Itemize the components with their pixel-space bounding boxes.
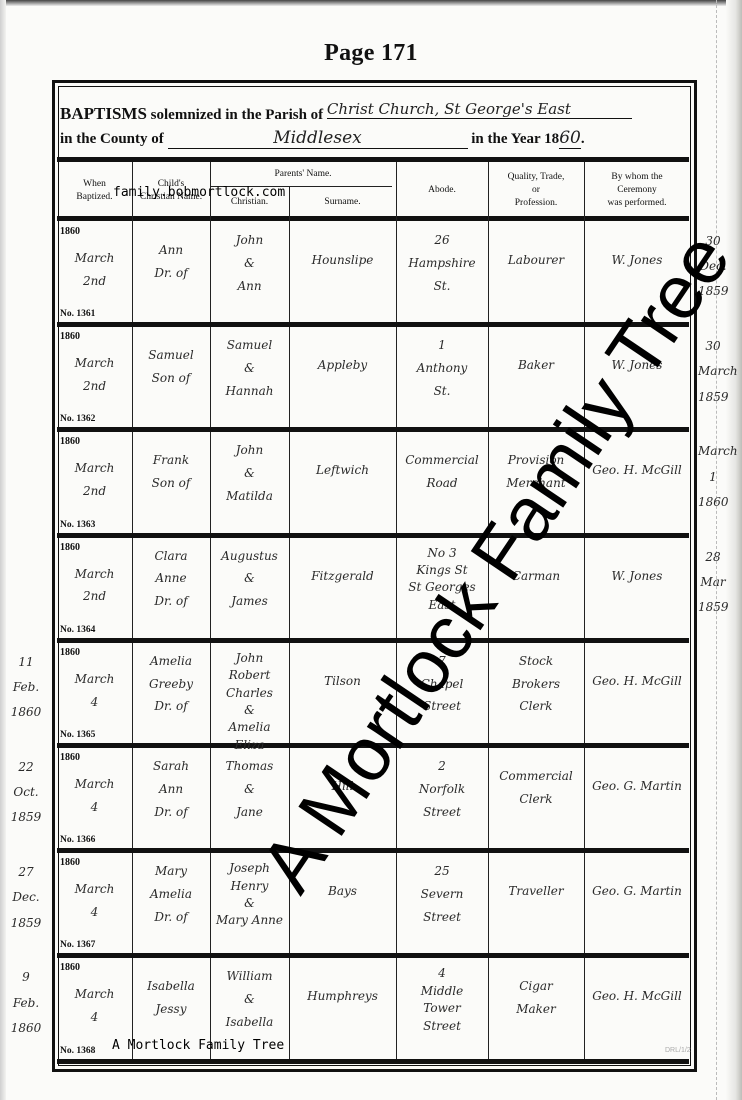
entry-number: No. 1366 <box>60 835 95 845</box>
entry-number: No. 1362 <box>60 414 95 424</box>
county-line: in the County of Middlesex in the Year 1… <box>60 128 585 149</box>
parish-value: Christ Church, St George's East <box>327 100 632 119</box>
county-label: in the County of <box>60 131 164 147</box>
entry-child: Mary Amelia Dr. of <box>134 860 208 928</box>
birth-date-note: 22 Oct. 1859 <box>6 755 46 831</box>
entry-year: 1860 <box>60 542 80 553</box>
county-value: Middlesex <box>168 128 468 149</box>
column-divider <box>396 162 397 1063</box>
birth-date-note: 28 Mar 1859 <box>698 545 728 621</box>
entry-parents-christian: John & Ann <box>212 229 287 297</box>
birth-date-note: March 1 1860 <box>698 439 728 515</box>
entry-year: 1860 <box>60 436 80 447</box>
entry-number: No. 1361 <box>60 309 95 319</box>
year-label: in the Year 18 <box>471 131 559 147</box>
watermark-footer: A Mortlock Family Tree <box>112 1038 284 1053</box>
column-divider <box>584 162 585 1063</box>
col-parents-surname: Surname. <box>289 188 396 216</box>
birth-date-note: 30 March 1859 <box>698 334 728 410</box>
archive-stamp: DRL/1/2 <box>665 1047 691 1054</box>
entry-surname: Humphreys <box>291 985 394 1008</box>
entry-number: No. 1365 <box>60 730 95 740</box>
entry-child: Samuel Son of <box>134 344 208 390</box>
entry-when: March 4 <box>59 773 130 819</box>
entry-parents-christian: William & Isabella <box>212 965 287 1033</box>
entry-year: 1860 <box>60 647 80 658</box>
entry-when: March 4 <box>59 878 130 924</box>
entry-parents-christian: John Robert Charles & Amelia Eliza <box>212 650 287 754</box>
col-quality: Quality, Trade, or Profession. <box>488 163 584 218</box>
entry-child: Sarah Ann Dr. of <box>134 755 208 823</box>
entry-rule <box>57 638 689 643</box>
col-abode: Abode. <box>396 163 488 218</box>
entry-year: 1860 <box>60 331 80 342</box>
entry-when: March 2nd <box>59 563 130 609</box>
entry-child: Isabella Jessy <box>134 975 208 1021</box>
birth-date-note: 9 Feb. 1860 <box>6 965 46 1041</box>
entry-when: March 4 <box>59 983 130 1029</box>
entry-year: 1860 <box>60 226 80 237</box>
entry-abode: 26 Hampshire St. <box>398 229 486 297</box>
entry-by-whom: Geo. G. Martin <box>586 775 688 798</box>
entry-quality: Commercial Clerk <box>490 765 582 811</box>
entry-year: 1860 <box>60 962 80 973</box>
entry-when: March 2nd <box>59 352 130 398</box>
entry-year: 1860 <box>60 857 80 868</box>
entry-child: Amelia Greeby Dr. of <box>134 650 208 718</box>
entry-rule <box>57 848 689 853</box>
entry-abode: 4 Middle Tower Street <box>398 965 486 1035</box>
birth-date-note: 27 Dec. 1859 <box>6 860 46 936</box>
entry-surname: Hounslipe <box>291 249 394 272</box>
entry-surname: Leftwich <box>291 459 394 482</box>
entry-number: No. 1368 <box>60 1046 95 1056</box>
entry-by-whom: W. Jones <box>586 565 688 588</box>
entry-quality: Stock Brokers Clerk <box>490 650 582 718</box>
column-divider <box>210 162 211 1063</box>
entry-parents-christian: John & Matilda <box>212 439 287 507</box>
entry-child: Clara Anne Dr. of <box>134 545 208 613</box>
column-divider <box>289 186 290 1063</box>
entry-surname: Appleby <box>291 354 394 377</box>
col-by-whom: By whom the Ceremony was performed. <box>584 163 690 218</box>
entry-number: No. 1367 <box>60 940 95 950</box>
entry-by-whom: Geo. G. Martin <box>586 880 688 903</box>
header-rule <box>57 157 689 162</box>
entry-abode: 2 Norfolk Street <box>398 755 486 823</box>
entry-rule <box>57 322 689 327</box>
birth-date-note: 11 Feb. 1860 <box>6 650 46 726</box>
watermark-url: family.bobmortlock.com <box>113 185 285 200</box>
entry-rule <box>57 953 689 958</box>
entry-quality: Cigar Maker <box>490 975 582 1021</box>
entry-quality: Baker <box>490 354 582 377</box>
baptisms-heading: BAPTISMS <box>60 104 147 123</box>
entry-when: March 2nd <box>59 457 130 503</box>
entry-parents-christian: Augustus & James <box>212 545 287 613</box>
parish-line: BAPTISMS solemnized in the Parish of Chr… <box>60 100 632 124</box>
entry-rule <box>57 533 689 538</box>
entry-quality: Labourer <box>490 249 582 272</box>
entry-number: No. 1364 <box>60 625 95 635</box>
year-value: 60 <box>559 128 581 149</box>
page-title: Page 171 <box>0 40 742 67</box>
entry-year: 1860 <box>60 752 80 763</box>
entry-when: March 4 <box>59 668 130 714</box>
page-edge-top <box>0 0 742 6</box>
entry-child: Ann Dr. of <box>134 239 208 285</box>
col-parents-name: Parents' Name. <box>210 163 396 185</box>
entry-abode: 25 Severn Street <box>398 860 486 928</box>
entry-child: Frank Son of <box>134 449 208 495</box>
entry-number: No. 1363 <box>60 520 95 530</box>
entry-parents-christian: Samuel & Hannah <box>212 334 287 402</box>
entry-abode: 1 Anthony St. <box>398 334 486 402</box>
entry-by-whom: Geo. H. McGill <box>586 985 688 1008</box>
parish-label: solemnized in the Parish of <box>151 107 324 123</box>
page-edge-right <box>726 0 742 1100</box>
entry-abode: Commercial Road <box>398 449 486 495</box>
entry-when: March 2nd <box>59 247 130 293</box>
entry-by-whom: Geo. H. McGill <box>586 670 688 693</box>
column-divider <box>132 162 133 1063</box>
entry-surname: Fitzgerald <box>291 565 394 588</box>
entry-rule <box>57 1059 689 1064</box>
entry-quality: Traveller <box>490 880 582 903</box>
